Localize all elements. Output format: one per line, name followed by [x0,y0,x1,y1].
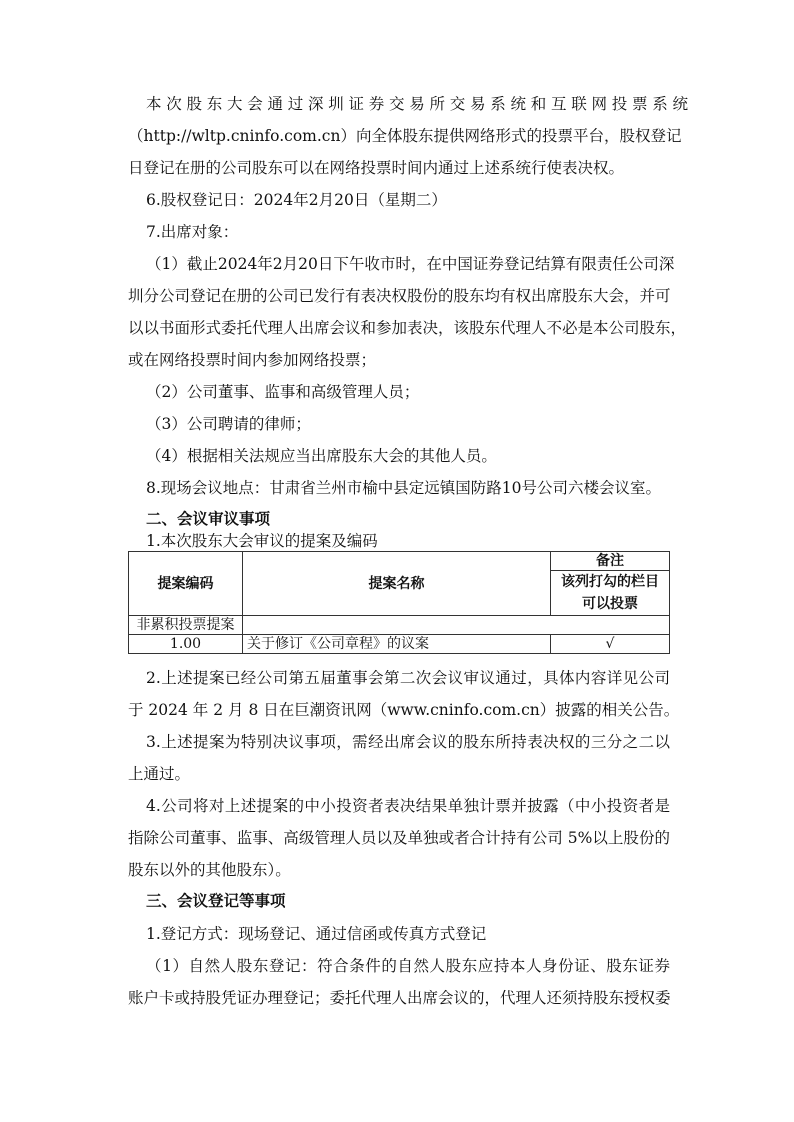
attendees-item1-line2: 圳分公司登记在册的公司已发行有表决权股份的股东均有权出席股东大会，并可 [128,286,670,306]
header-proposal-code: 提案编码 [129,552,243,616]
minority-investor-line3: 股东以外的其他股东）。 [128,860,670,880]
attendees-item2: （2）公司董事、监事和高级管理人员； [146,382,688,402]
meeting-location: 8.现场会议地点：甘肃省兰州市榆中县定远镇国防路10号公司六楼会议室。 [146,478,688,498]
proposal-table-caption: 1.本次股东大会审议的提案及编码 [146,531,688,551]
paragraph-voting-system-line3: 日登记在册的公司股东可以在网络投票时间内通过上述系统行使表决权。 [128,158,670,178]
proposal-name: 关于修订《公司章程》的议案 [243,635,551,654]
record-date: 6.股权登记日：2024年2月20日（星期二） [146,190,688,210]
proposal-approval-line1: 2.上述提案已经公司第五届董事会第二次会议审议通过，具体内容详见公司 [146,668,670,688]
group-label: 非累积投票提案 [129,616,243,635]
header-remark-note-line1: 该列打勾的栏目 [555,571,665,593]
document-page: 本次股东大会通过深圳证券交易所交易系统和互联网投票系统 （http://wltp… [0,0,794,1122]
attendees-item1-line1: （1）截止2024年2月20日下午收市时，在中国证券登记结算有限责任公司深 [146,254,670,274]
paragraph-voting-system-line2: （http://wltp.cninfo.com.cn）向全体股东提供网络形式的投… [128,126,670,146]
minority-investor-line1: 4.公司将对上述提案的中小投资者表决结果单独计票并披露（中小投资者是 [146,796,670,816]
natural-person-registration-line2: 账户卡或持股凭证办理登记；委托代理人出席会议的，代理人还须持股东授权委 [128,988,670,1008]
vote-check-mark: √ [551,635,670,654]
header-proposal-name: 提案名称 [243,552,551,616]
attendees-item3: （3）公司聘请的律师； [146,414,688,434]
minority-investor-line2: 指除公司董事、监事、高级管理人员以及单独或者合计持有公司 5%以上股份的 [128,828,670,848]
attendees-item1-line3: 以以书面形式委托代理人出席会议和参加表决，该股东代理人不必是本公司股东， [128,318,670,338]
header-remark: 备注 [551,552,670,571]
paragraph-voting-system-line1: 本次股东大会通过深圳证券交易所交易系统和互联网投票系统 [146,94,688,114]
group-empty-cell [243,616,670,635]
registration-method: 1.登记方式：现场登记、通过信函或传真方式登记 [146,924,688,944]
attendees-item4: （4）根据相关法规应当出席股东大会的其他人员。 [146,446,688,466]
table-row: 1.00 关于修订《公司章程》的议案 √ [129,635,670,654]
attendees-item1-line4: 或在网络投票时间内参加网络投票； [128,350,670,370]
section-heading-registration: 三、会议登记等事项 [146,891,688,911]
proposal-approval-line2: 于 2024 年 2 月 8 日在巨潮资讯网（www.cninfo.com.cn… [128,700,670,720]
proposal-table: 提案编码 提案名称 备注 该列打勾的栏目 可以投票 非累积投票提案 1.00 关… [128,551,670,654]
header-remark-note-line2: 可以投票 [555,593,665,615]
special-resolution-line1: 3.上述提案为特别决议事项，需经出席会议的股东所持表决权的三分之二以 [146,732,670,752]
table-group-row: 非累积投票提案 [129,616,670,635]
proposal-code: 1.00 [129,635,243,654]
natural-person-registration-line1: （1）自然人股东登记：符合条件的自然人股东应持本人身份证、股东证券 [146,956,670,976]
header-remark-note: 该列打勾的栏目 可以投票 [551,571,670,616]
section-heading-agenda: 二、会议审议事项 [146,509,688,529]
special-resolution-line2: 上通过。 [128,764,670,784]
attendees-heading: 7.出席对象： [146,222,688,242]
